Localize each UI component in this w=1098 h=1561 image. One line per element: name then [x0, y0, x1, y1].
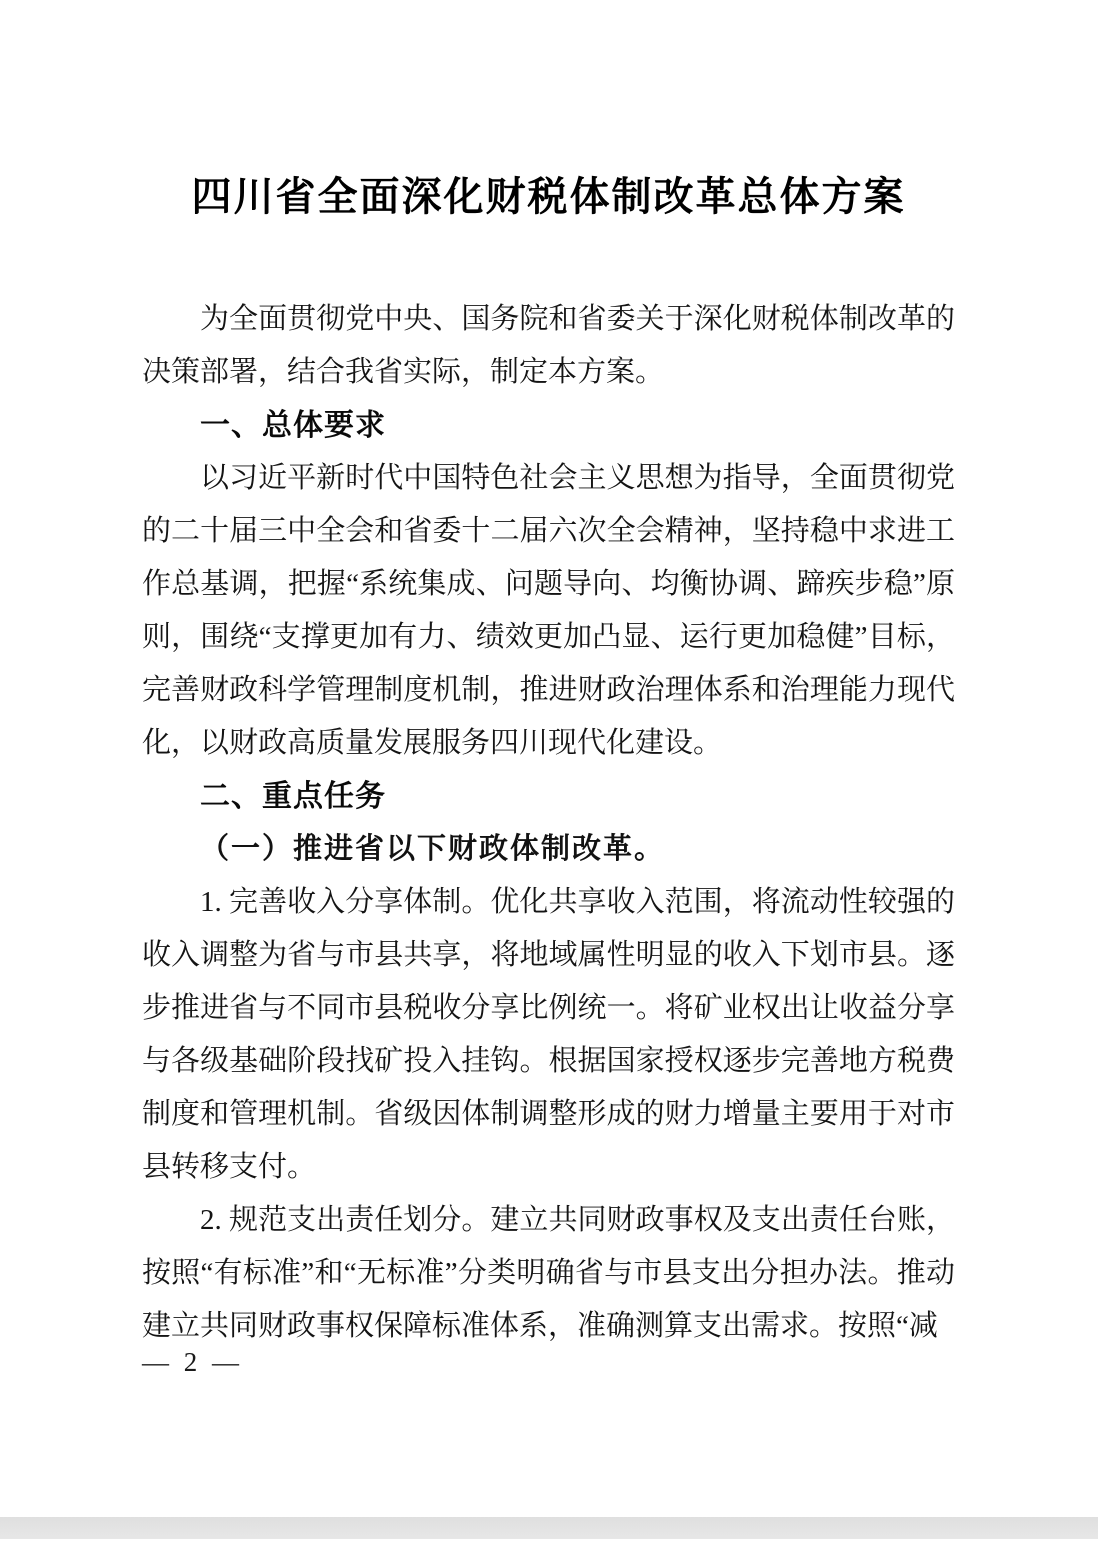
document-page: 四川省全面深化财税体制改革总体方案 为全面贯彻党中央、国务院和省委关于深化财税体… [0, 0, 1098, 1561]
task-item-2-paragraph: 2. 规范支出责任划分。建立共同财政事权及支出责任台账，按照“有标准”和“无标准… [142, 1194, 955, 1353]
intro-paragraph: 为全面贯彻党中央、国务院和省委关于深化财税体制改革的决策部署，结合我省实际，制定… [142, 293, 955, 399]
page-bottom-edge-shadow [0, 1517, 1098, 1539]
document-content: 四川省全面深化财税体制改革总体方案 为全面贯彻党中央、国务院和省委关于深化财税体… [142, 0, 955, 1353]
document-title: 四川省全面深化财税体制改革总体方案 [142, 169, 955, 225]
section-1-paragraph: 以习近平新时代中国特色社会主义思想为指导，全面贯彻党的二十届三中全会和省委十二届… [142, 452, 955, 770]
task-item-1-paragraph: 1. 完善收入分享体制。优化共享收入范围，将流动性较强的收入调整为省与市县共享，… [142, 876, 955, 1194]
section-2-heading: 二、重点任务 [142, 770, 955, 823]
page-number: — 2 — [142, 1346, 243, 1378]
section-1-heading: 一、总体要求 [142, 399, 955, 452]
section-2-sub-heading-1: （一）推进省以下财政体制改革。 [142, 823, 955, 876]
